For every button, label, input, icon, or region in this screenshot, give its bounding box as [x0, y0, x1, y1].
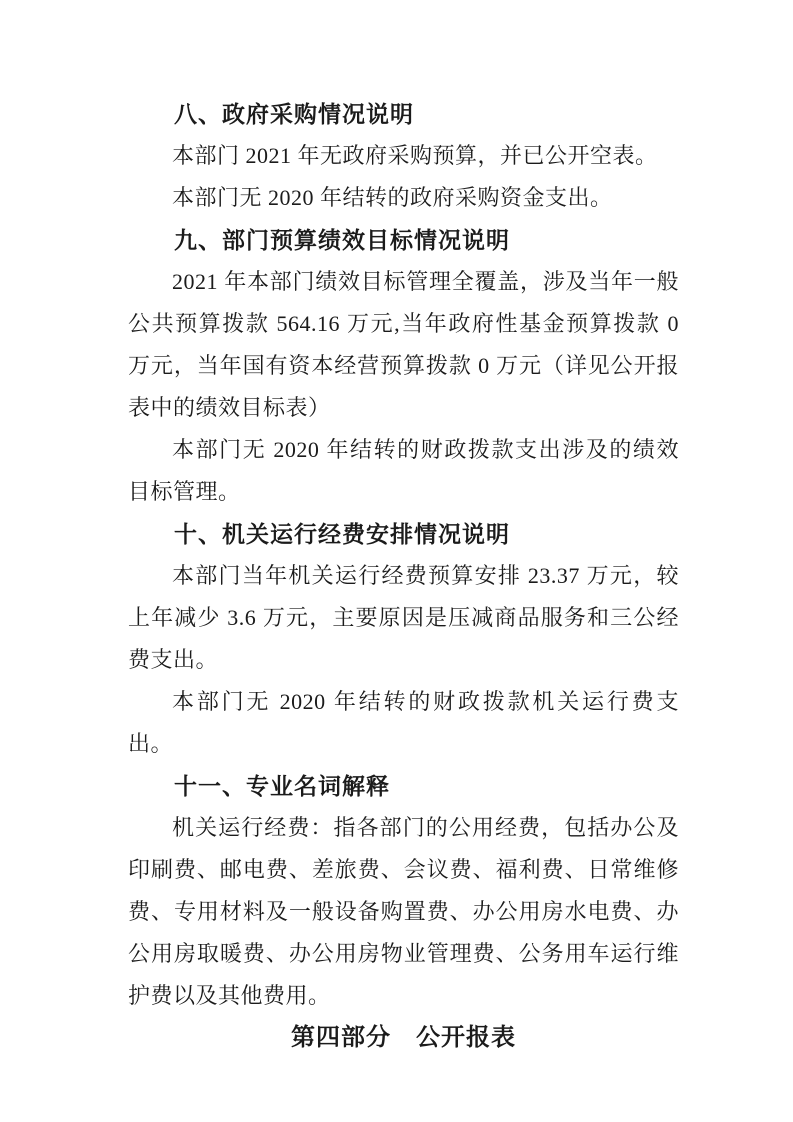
document-body: 八、政府采购情况说明 本部门 2021 年无政府采购预算，并已公开空表。 本部门… — [128, 93, 679, 1059]
paragraph-procurement-2021: 本部门 2021 年无政府采购预算，并已公开空表。 — [128, 135, 679, 177]
part-four-heading-public-reports: 第四部分 公开报表 — [128, 1017, 679, 1059]
paragraph-operating-carryover-2020: 本部门无 2020 年结转的财政拨款机关运行费支出。 — [128, 681, 679, 765]
section-heading-x-operating-funds: 十、机关运行经费安排情况说明 — [128, 513, 679, 555]
paragraph-terminology-definition: 机关运行经费：指各部门的公用经费，包括办公及印刷费、邮电费、差旅费、会议费、福利… — [128, 807, 679, 1017]
paragraph-performance-carryover-2020: 本部门无 2020 年结转的财政拨款支出涉及的绩效目标管理。 — [128, 429, 679, 513]
document-page: 八、政府采购情况说明 本部门 2021 年无政府采购预算，并已公开空表。 本部门… — [0, 0, 793, 1122]
section-heading-ix-performance-goals: 九、部门预算绩效目标情况说明 — [128, 219, 679, 261]
section-heading-viii-government-procurement: 八、政府采购情况说明 — [128, 93, 679, 135]
paragraph-operating-budget: 本部门当年机关运行经费预算安排 23.37 万元，较上年减少 3.6 万元，主要… — [128, 555, 679, 681]
section-heading-xi-terminology: 十一、专业名词解释 — [128, 765, 679, 807]
paragraph-procurement-carryover-2020: 本部门无 2020 年结转的政府采购资金支出。 — [128, 177, 679, 219]
paragraph-performance-coverage: 2021 年本部门绩效目标管理全覆盖，涉及当年一般公共预算拨款 564.16 万… — [128, 261, 679, 429]
